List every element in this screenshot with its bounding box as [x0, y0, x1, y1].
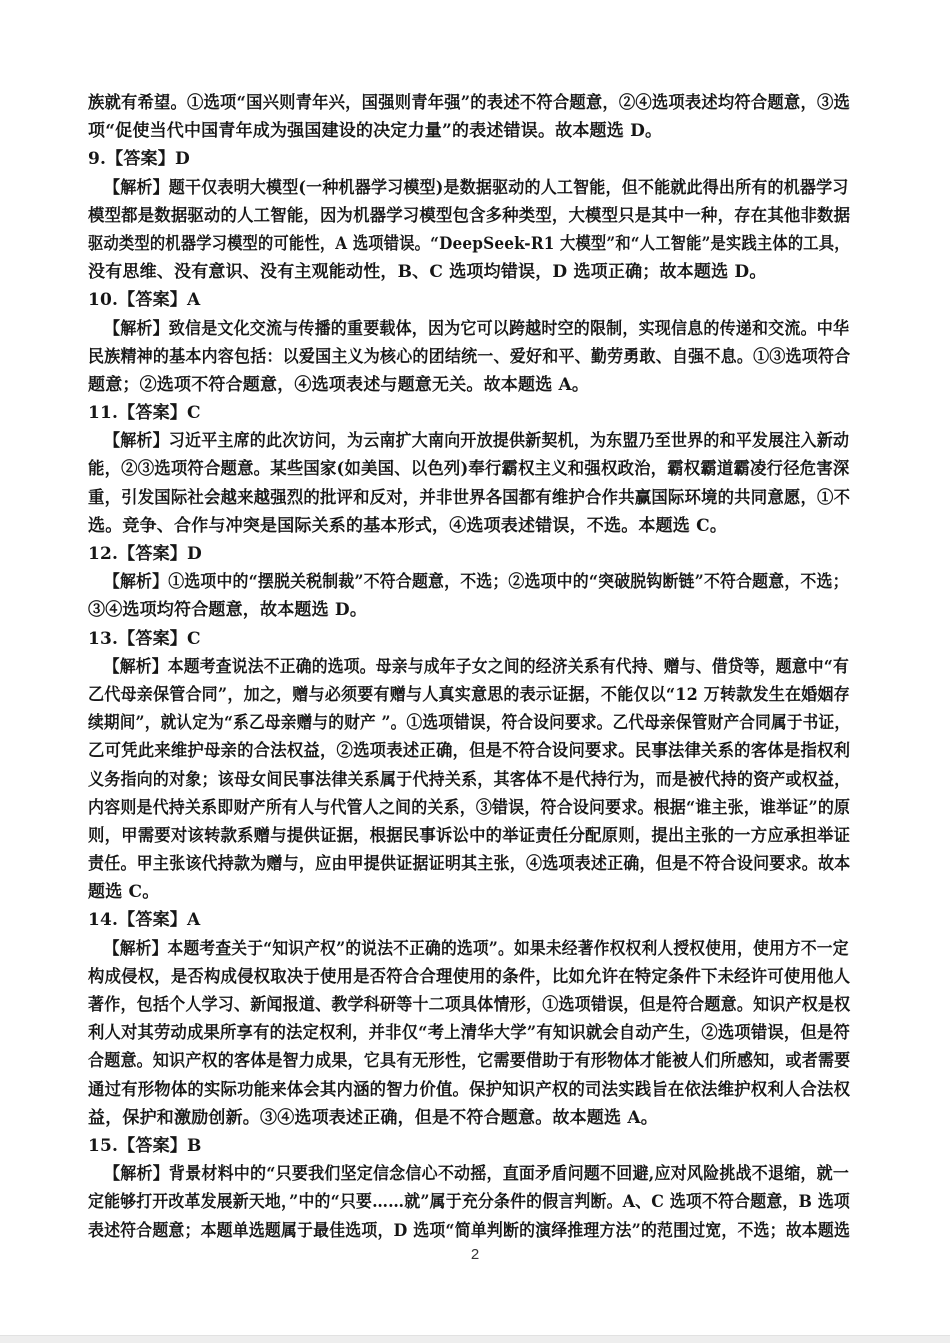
answer-heading-14: 14.【答案】A: [88, 906, 850, 934]
document-page: 族就有希望。①选项“国兴则青年兴，国强则青年强”的表述不符合题意，②④选项表述均…: [0, 0, 950, 1336]
analysis-line: 【解析】①选项中的“摆脱关税制裁”不符合题意，不选；②选项中的“突破脱钩断链”不…: [88, 568, 800, 596]
text-line: ③④选项均符合题意，故本题选 D。: [88, 596, 850, 624]
text-line: 乙可凭此来维护母亲的合法权益，②选项表述正确，但是不符合设问要求。民事法律关系的…: [88, 737, 822, 765]
text-line: 益，保护和激励创新。③④选项表述正确，但是不符合题意。故本题选 A。: [88, 1104, 850, 1132]
text-line: 族就有希望。①选项“国兴则青年兴，国强则青年强”的表述不符合题意，②④选项表述均…: [88, 89, 819, 117]
analysis-line: 【解析】背景材料中的“只要我们坚定信念信心不动摇，直面矛盾问题不回避,应对风险挑…: [88, 1160, 807, 1188]
text-line: 没有思维、没有意识、没有主观能动性，B、C 选项均错误，D 选项正确；故本题选 …: [88, 258, 850, 286]
text-line: 利人对其劳动成果所享有的法定权利，并非仅“考上清华大学”有知识就会自动产生，②选…: [88, 1019, 819, 1047]
text-line: 民族精神的基本内容包括：以爱国主义为核心的团结统一、爱好和平、勤劳勇敢、自强不息…: [88, 343, 807, 371]
answer-heading-10: 10.【答案】A: [88, 286, 850, 314]
text-line: 驱动类型的机器学习模型的可能性，A 选项错误。“DeepSeek-R1 大模型”…: [88, 230, 773, 258]
analysis-line: 【解析】本题考查关于“知识产权”的说法不正确的选项”。如果未经著作权权利人授权使…: [88, 935, 794, 963]
text-line: 能，②③选项符合题意。某些国家(如美国、以色列)奉行霸权主义和强权政治，霸权霸道…: [88, 455, 822, 483]
viewer-bottom-edge: [0, 1335, 950, 1343]
answer-heading-15: 15.【答案】B: [88, 1132, 850, 1160]
text-line: 重，引发国际社会越来越强烈的批评和反对，并非世界各国都有维护合作共赢国际环境的共…: [88, 484, 822, 512]
text-line: 题选 C。: [88, 878, 850, 906]
answer-heading-11: 11.【答案】C: [88, 399, 850, 427]
analysis-line: 【解析】本题考查说法不正确的选项。母亲与成年子女之间的经济关系有代持、赠与、借贷…: [88, 653, 797, 681]
text-line: 合题意。知识产权的客体是智力成果，它具有无形性，它需要借助于有形物体才能被人们所…: [88, 1047, 807, 1075]
analysis-line: 【解析】习近平主席的此次访问，为云南扩大南向开放提供新契机，为东盟乃至世界的和平…: [88, 427, 806, 455]
text-line: 定能够打开改革发展新天地，”中的“只要……就”属于充分条件的假言判断。A、C 选…: [88, 1188, 800, 1216]
text-line: 乙代母亲保管合同”，加之，赠与必须要有赠与人真实意思的表示证据，不能仅以“12 …: [88, 681, 807, 709]
text-line: 义务指向的对象；该母女间民事法律关系属于代持关系，其客体不是代持行为，而是被代持…: [88, 766, 807, 794]
text-line: 选。竞争、合作与冲突是国际关系的基本形式，④选项表述错误，不选。本题选 C。: [88, 512, 850, 540]
answer-heading-9: 9.【答案】D: [88, 145, 850, 173]
text-line: 著作，包括个人学习、新闻报道、教学科研等十二项具体情形，①选项错误，但是符合题意…: [88, 991, 807, 1019]
analysis-line: 【解析】致信是文化交流与传播的重要载体，因为它可以跨越时空的限制，实现信息的传递…: [88, 315, 806, 343]
text-line: 通过有形物体的实际功能来体会其内涵的智力价值。保护知识产权的司法实践旨在依法维护…: [88, 1076, 822, 1104]
text-line: 项“促使当代中国青年成为强国建设的决定力量”的表述错误。故本题选 D。: [88, 117, 850, 145]
answer-heading-12: 12.【答案】D: [88, 540, 850, 568]
page-number: 2: [0, 1246, 950, 1263]
text-line: 续期间”，就认定为“系乙母亲赠与的财产 ”。①选项错误，符合设问要求。乙代母亲保…: [88, 709, 790, 737]
answer-heading-13: 13.【答案】C: [88, 625, 850, 653]
text-line: 题意；②选项不符合题意，④选项表述与题意无关。故本题选 A。: [88, 371, 850, 399]
text-line: 则，甲需要对该转款系赠与提供证据，根据民事诉讼中的举证责任分配原则，提出主张的一…: [88, 822, 822, 850]
text-line: 责任。甲主张该代持款为赠与，应由甲提供证据证明其主张，④选项表述正确，但是不符合…: [88, 850, 807, 878]
text-line: 模型都是数据驱动的人工智能，因为机器学习模型包含多种类型，大模型只是其中一种，存…: [88, 202, 822, 230]
text-line: 构成侵权，是否构成侵权取决于使用是否符合合理使用的条件，比如允许在特定条件下未经…: [88, 963, 822, 991]
text-line: 表述符合题意；本题单选题属于最佳选项，D 选项“简单判断的演绎推理方法”的范围过…: [88, 1217, 800, 1245]
page-content: 族就有希望。①选项“国兴则青年兴，国强则青年强”的表述不符合题意，②④选项表述均…: [88, 89, 850, 1245]
analysis-line: 【解析】题干仅表明大模型(一种机器学习模型)是数据驱动的人工智能，但不能就此得出…: [88, 174, 806, 202]
text-line: 内容则是代持关系即财产所有人与代管人之间的关系，③错误，符合设问要求。根据“谁主…: [88, 794, 804, 822]
